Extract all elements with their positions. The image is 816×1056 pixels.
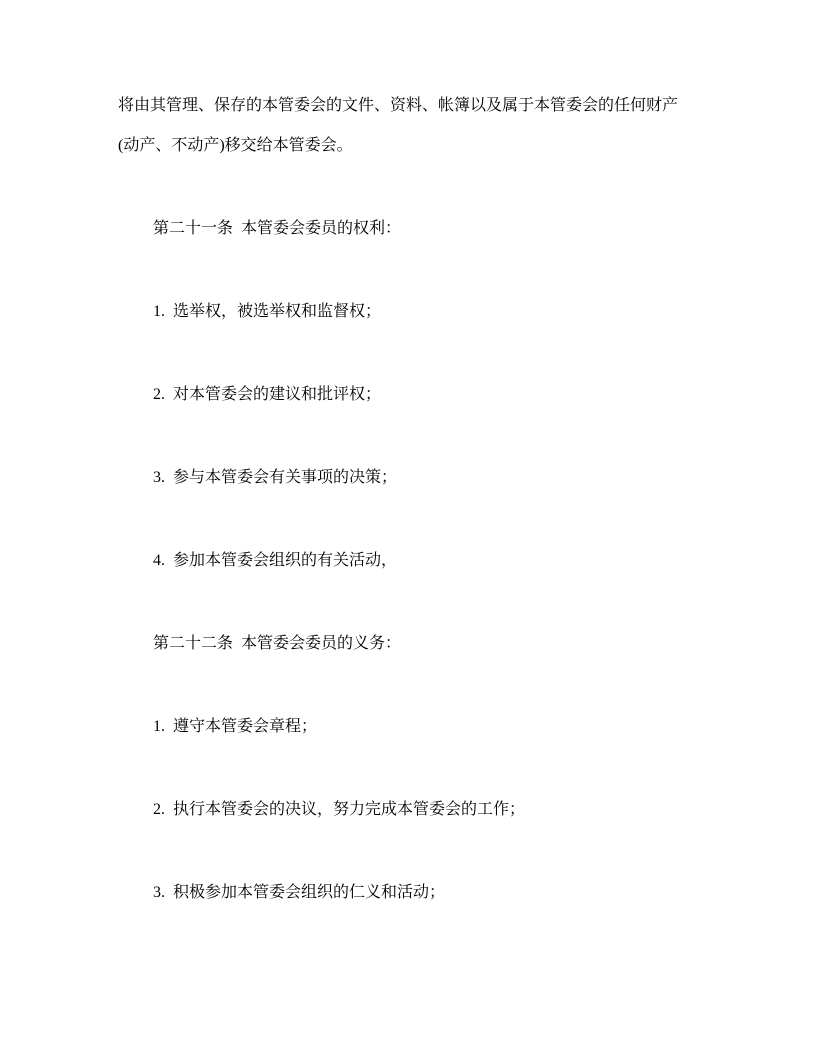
document-page: 将由其管理、保存的本管委会的文件、资料、帐簿以及属于本管委会的任何财产(动产、不… — [0, 0, 816, 1056]
article-21-heading: 第二十一条 本管委会委员的权利： — [118, 209, 698, 249]
article-21-item-1: 1. 选举权，被选举权和监督权； — [118, 292, 698, 332]
article-22-item-1: 1. 遵守本管委会章程； — [118, 707, 698, 747]
article-21-item-2: 2. 对本管委会的建议和批评权； — [118, 375, 698, 415]
paragraph-property-handover: 将由其管理、保存的本管委会的文件、资料、帐簿以及属于本管委会的任何财产(动产、不… — [118, 86, 698, 166]
article-21-item-4: 4. 参加本管委会组织的有关活动， — [118, 541, 698, 581]
article-22-heading: 第二十二条 本管委会委员的义务： — [118, 624, 698, 664]
article-22-item-2: 2. 执行本管委会的决议，努力完成本管委会的工作； — [118, 790, 698, 830]
article-21-item-3: 3. 参与本管委会有关事项的决策； — [118, 458, 698, 498]
article-22-item-3: 3. 积极参加本管委会组织的仁义和活动； — [118, 873, 698, 913]
